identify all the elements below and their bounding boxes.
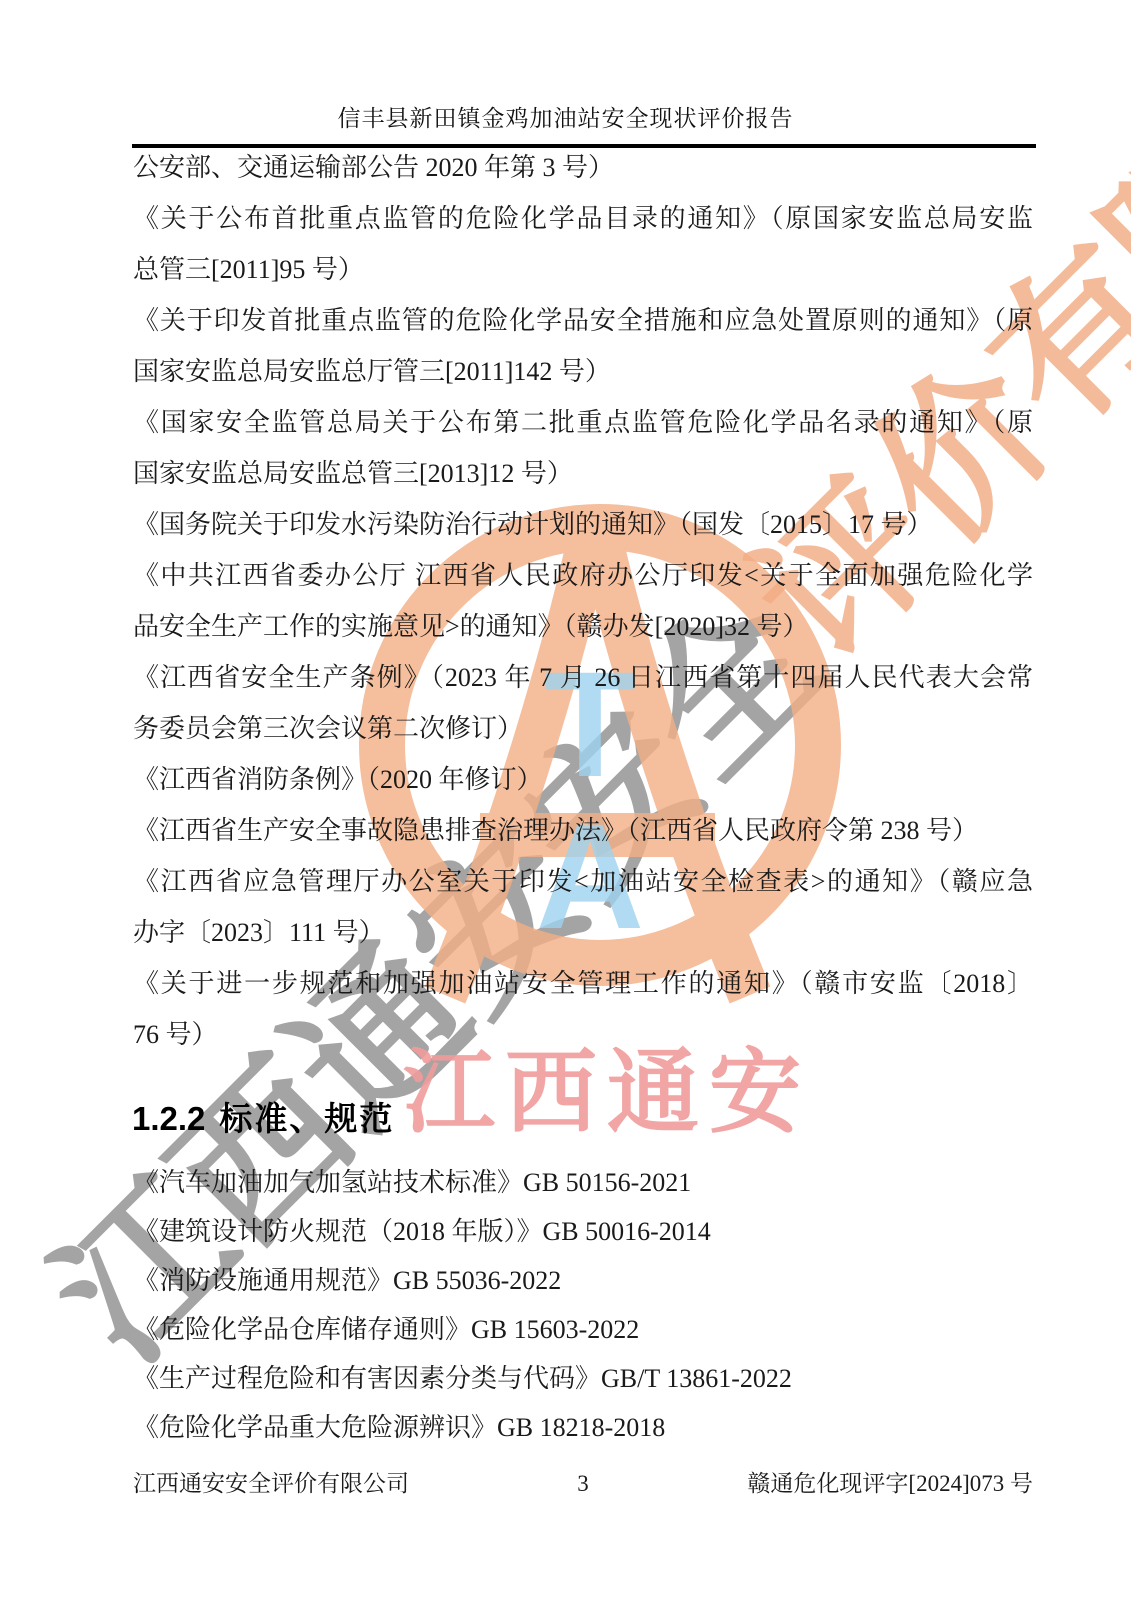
- footer-doc-number: 赣通危化现评字[2024]073 号: [747, 1462, 1033, 1506]
- body-line: 办字〔2023〕111 号）: [133, 907, 1033, 958]
- body-text-block: 公安部、交通运输部公告 2020 年第 3 号）《关于公布首批重点监管的危险化学…: [133, 142, 1033, 1060]
- standard-item: 《生产过程危险和有害因素分类与代码》GB/T 13861-2022: [133, 1354, 1033, 1403]
- standard-item: 《危险化学品仓库储存通则》GB 15603-2022: [133, 1305, 1033, 1354]
- page-footer: 3 江西通安安全评价有限公司 赣通危化现评字[2024]073 号: [133, 1462, 1033, 1506]
- body-line: 品安全生产工作的实施意见>的通知》（赣办发[2020]32 号）: [133, 601, 1033, 652]
- standard-item: 《建筑设计防火规范（2018 年版）》GB 50016-2014: [133, 1207, 1033, 1256]
- page-content: 信丰县新田镇金鸡加油站安全现状评价报告 公安部、交通运输部公告 2020 年第 …: [0, 0, 1131, 1600]
- body-line: 务委员会第三次会议第二次修订）: [133, 703, 1033, 754]
- body-line: 《关于印发首批重点监管的危险化学品安全措施和应急处置原则的通知》（原: [133, 295, 1033, 346]
- body-line: 公安部、交通运输部公告 2020 年第 3 号）: [133, 142, 1033, 193]
- body-line: 国家安监总局安监总管三[2013]12 号）: [133, 448, 1033, 499]
- standard-item: 《危险化学品重大危险源辨识》GB 18218-2018: [133, 1403, 1033, 1452]
- body-line: 《国务院关于印发水污染防治行动计划的通知》（国发〔2015〕17 号）: [133, 499, 1033, 550]
- footer-company: 江西通安安全评价有限公司: [133, 1462, 409, 1506]
- body-line: 《江西省生产安全事故隐患排查治理办法》（江西省人民政府令第 238 号）: [133, 805, 1033, 856]
- body-line: 总管三[2011]95 号）: [133, 244, 1033, 295]
- section-number: 1.2.2: [132, 1100, 205, 1137]
- body-line: 76 号）: [133, 1009, 1033, 1060]
- body-line: 《关于进一步规范和加强加油站安全管理工作的通知》（赣市安监〔2018〕: [133, 958, 1033, 1009]
- standard-item: 《消防设施通用规范》GB 55036-2022: [133, 1256, 1033, 1305]
- body-line: 《关于公布首批重点监管的危险化学品目录的通知》（原国家安监总局安监: [133, 193, 1033, 244]
- body-line: 《江西省应急管理厅办公室关于印发<加油站安全检查表>的通知》（赣应急: [133, 856, 1033, 907]
- body-line: 国家安监总局安监总厅管三[2011]142 号）: [133, 346, 1033, 397]
- body-line: 《江西省安全生产条例》（2023 年 7 月 26 日江西省第十四届人民代表大会…: [133, 652, 1033, 703]
- standards-list: 《汽车加油加气加氢站技术标准》GB 50156-2021《建筑设计防火规范（20…: [133, 1158, 1033, 1452]
- document-page: 江西通安安全评价有限公司 TA 江西通安 信丰县新田镇金鸡加油站安全现状评价报告…: [0, 0, 1131, 1600]
- body-line: 《江西省消防条例》（2020 年修订）: [133, 754, 1033, 805]
- body-line: 《中共江西省委办公厅 江西省人民政府办公厅印发<关于全面加强危险化学: [133, 550, 1033, 601]
- standard-item: 《汽车加油加气加氢站技术标准》GB 50156-2021: [133, 1158, 1033, 1207]
- report-title: 信丰县新田镇金鸡加油站安全现状评价报告: [0, 98, 1131, 140]
- section-title: 标准、规范: [219, 1100, 394, 1137]
- body-line: 《国家安全监管总局关于公布第二批重点监管危险化学品名录的通知》（原: [133, 397, 1033, 448]
- section-heading: 1.2.2标准、规范: [132, 1095, 394, 1143]
